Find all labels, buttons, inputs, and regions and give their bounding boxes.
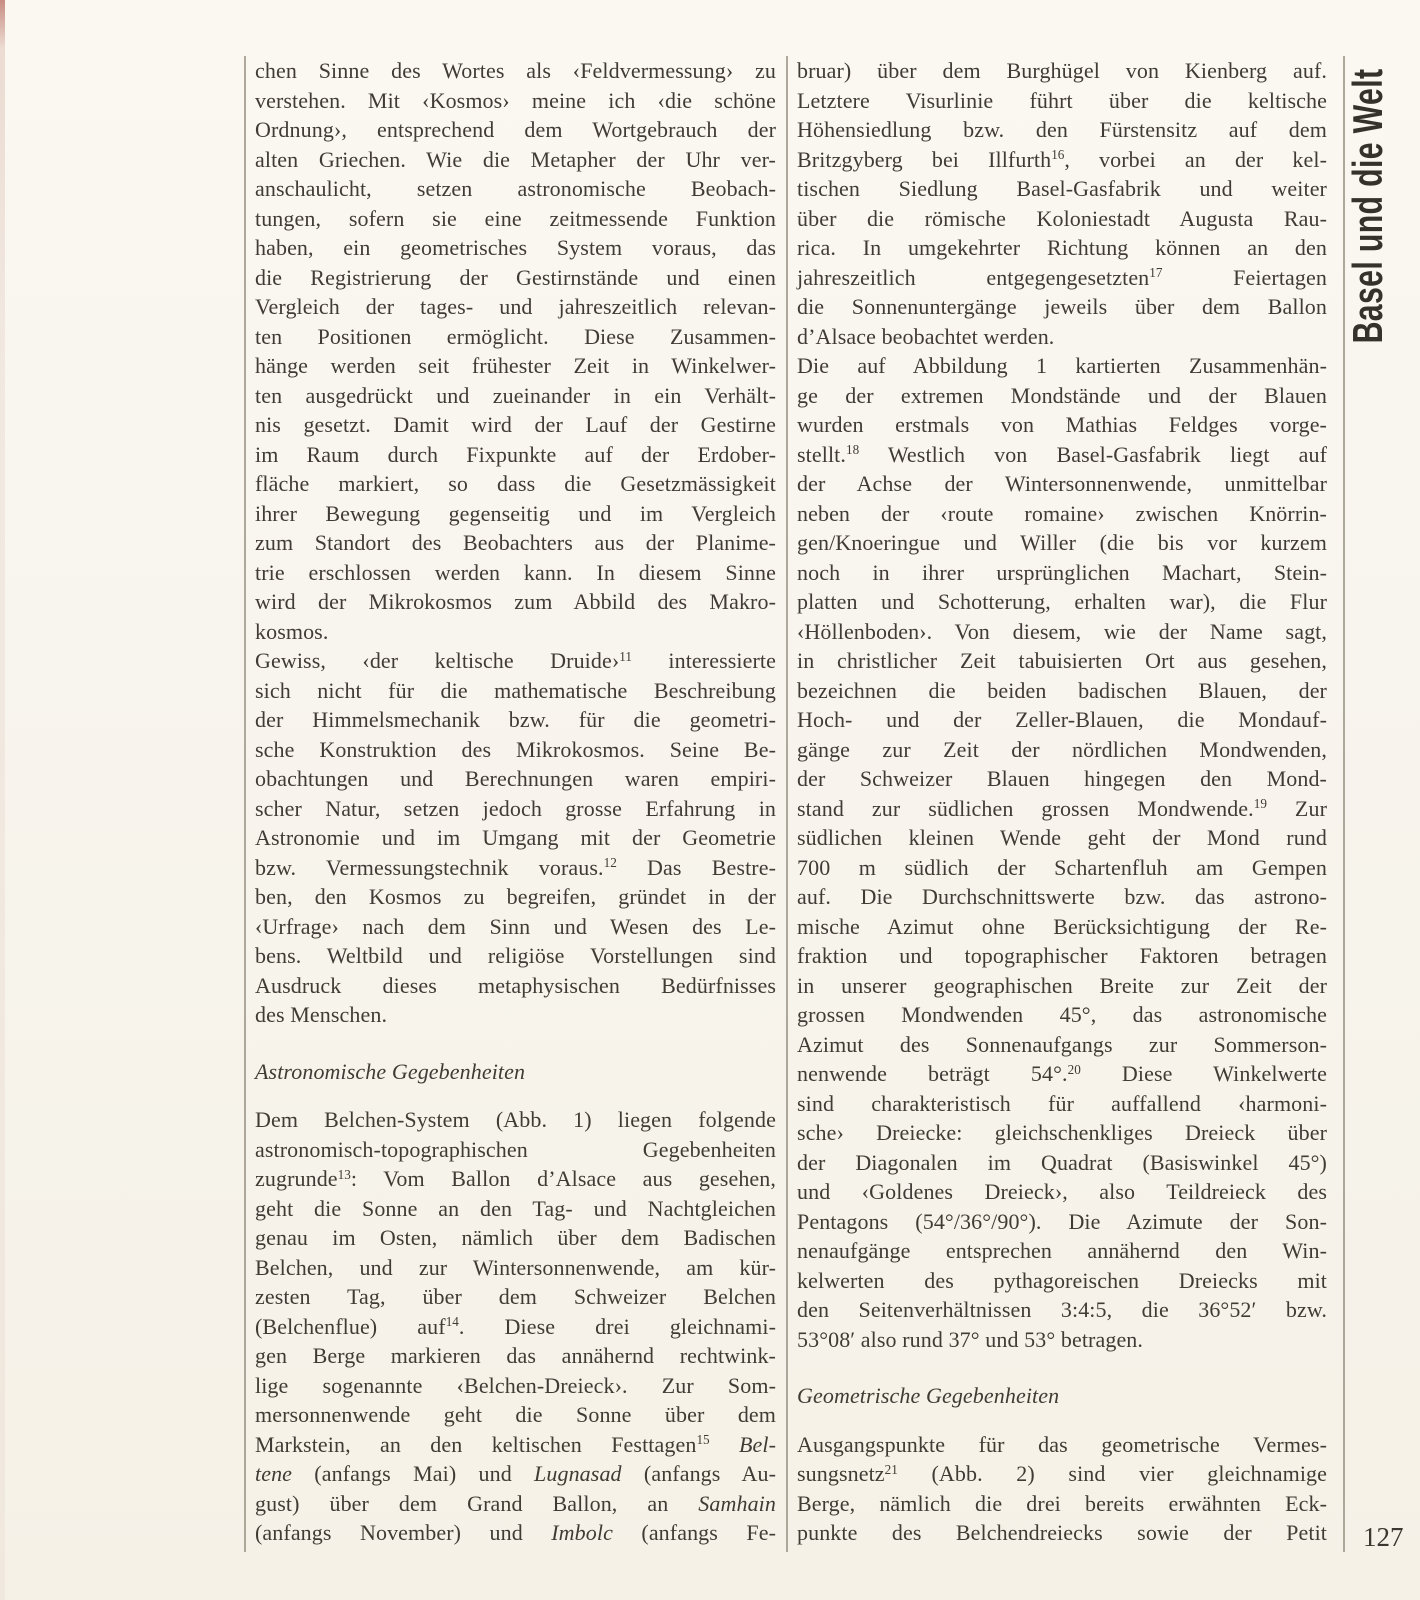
- text-line: Letztere Visurlinie führt über die kelti…: [797, 86, 1327, 116]
- text-line: fläche markiert, so dass die Gesetzmässi…: [255, 469, 776, 499]
- text-line: nenwende beträgt 54°.20 Diese Winkelwert…: [797, 1059, 1327, 1089]
- text-line: d’Alsace beobachtet werden.: [797, 322, 1327, 352]
- paragraph: chen Sinne des Wortes als ‹Feldvermessun…: [255, 56, 776, 646]
- text-line: ten ausgedrückt und zueinander in ein Ve…: [255, 381, 776, 411]
- text-line: in christlicher Zeit tabuisierten Ort au…: [797, 646, 1327, 676]
- text-line: punkte des Belchendreiecks sowie der Pet…: [797, 1518, 1327, 1548]
- text-line: ‹Urfrage› nach dem Sinn und Wesen des Le…: [255, 912, 776, 942]
- text-line: trie erschlossen werden kann. In diesem …: [255, 558, 776, 588]
- text-line: Hoch- und der Zeller-Blauen, die Mondauf…: [797, 705, 1327, 735]
- column-rule-middle: [786, 56, 788, 1552]
- text-line: sche Konstruktion des Mikrokosmos. Seine…: [255, 735, 776, 765]
- text-line: tene (anfangs Mai) und Lugnasad (anfangs…: [255, 1459, 776, 1489]
- paragraph: Die auf Abbildung 1 kartierten Zusammenh…: [797, 351, 1327, 1354]
- text-line: zum Standort des Beobachters aus der Pla…: [255, 528, 776, 558]
- text-line: sungsnetz21 (Abb. 2) sind vier gleichnam…: [797, 1459, 1327, 1489]
- page-edge-tint: [0, 0, 5, 1600]
- text-line: astronomisch-topographischen Gegebenheit…: [255, 1135, 776, 1165]
- footnote-ref: 17: [1149, 265, 1162, 280]
- text-line: Pentagons (54°/36°/90°). Die Azimute der…: [797, 1207, 1327, 1237]
- text-line: Ausgangspunkte für das geometrische Verm…: [797, 1430, 1327, 1460]
- text-line: ben, den Kosmos zu begreifen, gründet in…: [255, 882, 776, 912]
- text-line: der Achse der Wintersonnenwende, unmitte…: [797, 469, 1327, 499]
- text-line: (anfangs November) und Imbolc (anfangs F…: [255, 1518, 776, 1548]
- italic-term: tene: [255, 1461, 292, 1486]
- text-line: bezeichnen die beiden badischen Blauen, …: [797, 676, 1327, 706]
- text-line: Britzgyberg bei Illfurth16, vorbei an de…: [797, 145, 1327, 175]
- text-line: (Belchenflue) auf14. Diese drei gleichna…: [255, 1312, 776, 1342]
- italic-term: Lugnasad: [534, 1461, 622, 1486]
- text-line: sich nicht für die mathematische Beschre…: [255, 676, 776, 706]
- margin-title: Basel und die Welt: [1344, 69, 1392, 344]
- text-line: Gewiss, ‹der keltische Druide›11 interes…: [255, 646, 776, 676]
- text-line: Astronomie und im Umgang mit der Geometr…: [255, 823, 776, 853]
- text-line: 700 m südlich der Schartenfluh am Gempen: [797, 853, 1327, 883]
- text-line: auf. Die Durchschnittswerte bzw. das ast…: [797, 882, 1327, 912]
- text-line: kelwerten des pythagoreischen Dreiecks m…: [797, 1266, 1327, 1296]
- text-line: fraktion und topographischer Faktoren be…: [797, 941, 1327, 971]
- text-line: noch in ihrer ursprünglichen Machart, St…: [797, 558, 1327, 588]
- text-line: lige sogenannte ‹Belchen-Dreieck›. Zur S…: [255, 1371, 776, 1401]
- text-line: haben, ein geometrisches System voraus, …: [255, 233, 776, 263]
- text-line: mersonnenwende geht die Sonne über dem: [255, 1400, 776, 1430]
- paragraph: Ausgangspunkte für das geometrische Verm…: [797, 1430, 1327, 1548]
- text-line: kosmos.: [255, 617, 776, 647]
- text-line: Höhensiedlung bzw. den Fürstensitz auf d…: [797, 115, 1327, 145]
- text-line: genau im Osten, nämlich über dem Badisch…: [255, 1223, 776, 1253]
- text-line: gust) über dem Grand Ballon, an Samhain: [255, 1489, 776, 1519]
- text-line: sche› Dreiecke: gleichschenkliges Dreiec…: [797, 1118, 1327, 1148]
- footnote-ref: 13: [338, 1167, 351, 1182]
- text-line: des Menschen.: [255, 1000, 776, 1030]
- text-line: hänge werden seit frühester Zeit in Wink…: [255, 351, 776, 381]
- footnote-ref: 19: [1254, 796, 1267, 811]
- text-line: Die auf Abbildung 1 kartierten Zusammenh…: [797, 351, 1327, 381]
- footnote-ref: 18: [846, 442, 859, 457]
- page-number: 127: [1363, 1522, 1404, 1553]
- footnote-ref: 21: [885, 1462, 898, 1477]
- text-line: platten und Schotterung, erhalten war), …: [797, 587, 1327, 617]
- text-line: bzw. Vermessungstechnik voraus.12 Das Be…: [255, 853, 776, 883]
- text-line: zesten Tag, über dem Schweizer Belchen: [255, 1282, 776, 1312]
- text-column-right: bruar) über dem Burghügel von Kienberg a…: [797, 56, 1327, 1548]
- text-line: Dem Belchen-System (Abb. 1) liegen folge…: [255, 1105, 776, 1135]
- text-line: jahreszeitlich entgegengesetzten17 Feier…: [797, 263, 1327, 293]
- text-line: zugrunde13: Vom Ballon d’Alsace aus gese…: [255, 1164, 776, 1194]
- text-line: neben der ‹route romaine› zwischen Knörr…: [797, 499, 1327, 529]
- text-line: nis gesetzt. Damit wird der Lauf der Ges…: [255, 410, 776, 440]
- text-line: Vergleich der tages- und jahreszeitlich …: [255, 292, 776, 322]
- text-line: bens. Weltbild und religiöse Vorstellung…: [255, 941, 776, 971]
- text-line: scher Natur, setzen jedoch grosse Erfahr…: [255, 794, 776, 824]
- text-line: tischen Siedlung Basel-Gasfabrik und wei…: [797, 174, 1327, 204]
- text-line: bruar) über dem Burghügel von Kienberg a…: [797, 56, 1327, 86]
- text-line: mische Azimut ohne Berücksichtigung der …: [797, 912, 1327, 942]
- text-line: ge der extremen Mondstände und der Blaue…: [797, 381, 1327, 411]
- text-line: der Diagonalen im Quadrat (Basiswinkel 4…: [797, 1148, 1327, 1178]
- column-rule-left: [244, 56, 246, 1552]
- italic-term: Bel-: [739, 1432, 776, 1457]
- text-line: Azimut des Sonnenaufgangs zur Sommerson-: [797, 1030, 1327, 1060]
- text-line: ihrer Bewegung gegenseitig und im Vergle…: [255, 499, 776, 529]
- text-line: anschaulicht, setzen astronomische Beoba…: [255, 174, 776, 204]
- text-line: chen Sinne des Wortes als ‹Feldvermessun…: [255, 56, 776, 86]
- text-column-left: chen Sinne des Wortes als ‹Feldvermessun…: [255, 56, 776, 1548]
- italic-term: Samhain: [698, 1491, 776, 1516]
- text-line: Markstein, an den keltischen Festtagen15…: [255, 1430, 776, 1460]
- text-line: sind charakteristisch für auffallend ‹ha…: [797, 1089, 1327, 1119]
- text-line: stellt.18 Westlich von Basel-Gasfabrik l…: [797, 440, 1327, 470]
- text-line: der Himmelsmechanik bzw. für die geometr…: [255, 705, 776, 735]
- text-line: Berge, nämlich die drei bereits erwähnte…: [797, 1489, 1327, 1519]
- text-line: südlichen kleinen Wende geht der Mond ru…: [797, 823, 1327, 853]
- paragraph: Dem Belchen-System (Abb. 1) liegen folge…: [255, 1105, 776, 1548]
- text-line: stand zur südlichen grossen Mondwende.19…: [797, 794, 1327, 824]
- text-line: alten Griechen. Wie die Metapher der Uhr…: [255, 145, 776, 175]
- text-line: verstehen. Mit ‹Kosmos› meine ich ‹die s…: [255, 86, 776, 116]
- text-line: Belchen, und zur Wintersonnenwende, am k…: [255, 1253, 776, 1283]
- scanned-page: chen Sinne des Wortes als ‹Feldvermessun…: [0, 0, 1420, 1600]
- footnote-ref: 15: [696, 1432, 709, 1447]
- paragraph: Gewiss, ‹der keltische Druide›11 interes…: [255, 646, 776, 1030]
- text-line: die Sonnenuntergänge jeweils über dem Ba…: [797, 292, 1327, 322]
- text-line: tungen, sofern sie eine zeitmessende Fun…: [255, 204, 776, 234]
- text-line: und ‹Goldenes Dreieck›, also Teildreieck…: [797, 1177, 1327, 1207]
- text-line: ‹Höllenboden›. Von diesem, wie der Name …: [797, 617, 1327, 647]
- footnote-ref: 16: [1051, 147, 1064, 162]
- text-line: in unserer geographischen Breite zur Zei…: [797, 971, 1327, 1001]
- text-line: obachtungen und Berechnungen waren empir…: [255, 764, 776, 794]
- text-line: wird der Mikrokosmos zum Abbild des Makr…: [255, 587, 776, 617]
- text-line: über die römische Koloniestadt Augusta R…: [797, 204, 1327, 234]
- section-heading: Geometrische Gegebenheiten: [797, 1381, 1327, 1411]
- paragraph: bruar) über dem Burghügel von Kienberg a…: [797, 56, 1327, 351]
- text-line: der Schweizer Blauen hingegen den Mond-: [797, 764, 1327, 794]
- text-line: Ausdruck dieses metaphysischen Bedürfnis…: [255, 971, 776, 1001]
- footnote-ref: 14: [446, 1314, 459, 1329]
- text-line: gänge zur Zeit der nördlichen Mondwenden…: [797, 735, 1327, 765]
- text-line: ten Positionen ermöglicht. Diese Zusamme…: [255, 322, 776, 352]
- text-line: Ordnung›, entsprechend dem Wortgebrauch …: [255, 115, 776, 145]
- text-line: den Seitenverhältnissen 3:4:5, die 36°52…: [797, 1295, 1327, 1325]
- footnote-ref: 20: [1068, 1062, 1081, 1077]
- text-line: im Raum durch Fixpunkte auf der Erdober-: [255, 440, 776, 470]
- text-line: grossen Mondwenden 45°, das astronomisch…: [797, 1000, 1327, 1030]
- footnote-ref: 12: [604, 855, 617, 870]
- text-line: nenaufgänge entsprechen annähernd den Wi…: [797, 1236, 1327, 1266]
- text-line: gen Berge markieren das annähernd rechtw…: [255, 1341, 776, 1371]
- footnote-ref: 11: [619, 649, 632, 664]
- text-line: wurden erstmals von Mathias Feldges vorg…: [797, 410, 1327, 440]
- italic-term: Imbolc: [551, 1520, 613, 1545]
- text-line: geht die Sonne an den Tag- und Nachtglei…: [255, 1194, 776, 1224]
- text-line: 53°08′ also rund 37° und 53° betragen.: [797, 1325, 1327, 1355]
- text-line: die Registrierung der Gestirnstände und …: [255, 263, 776, 293]
- text-line: gen/Knoeringue und Willer (die bis vor k…: [797, 528, 1327, 558]
- section-heading: Astronomische Gegebenheiten: [255, 1057, 776, 1087]
- text-line: rica. In umgekehrter Richtung können an …: [797, 233, 1327, 263]
